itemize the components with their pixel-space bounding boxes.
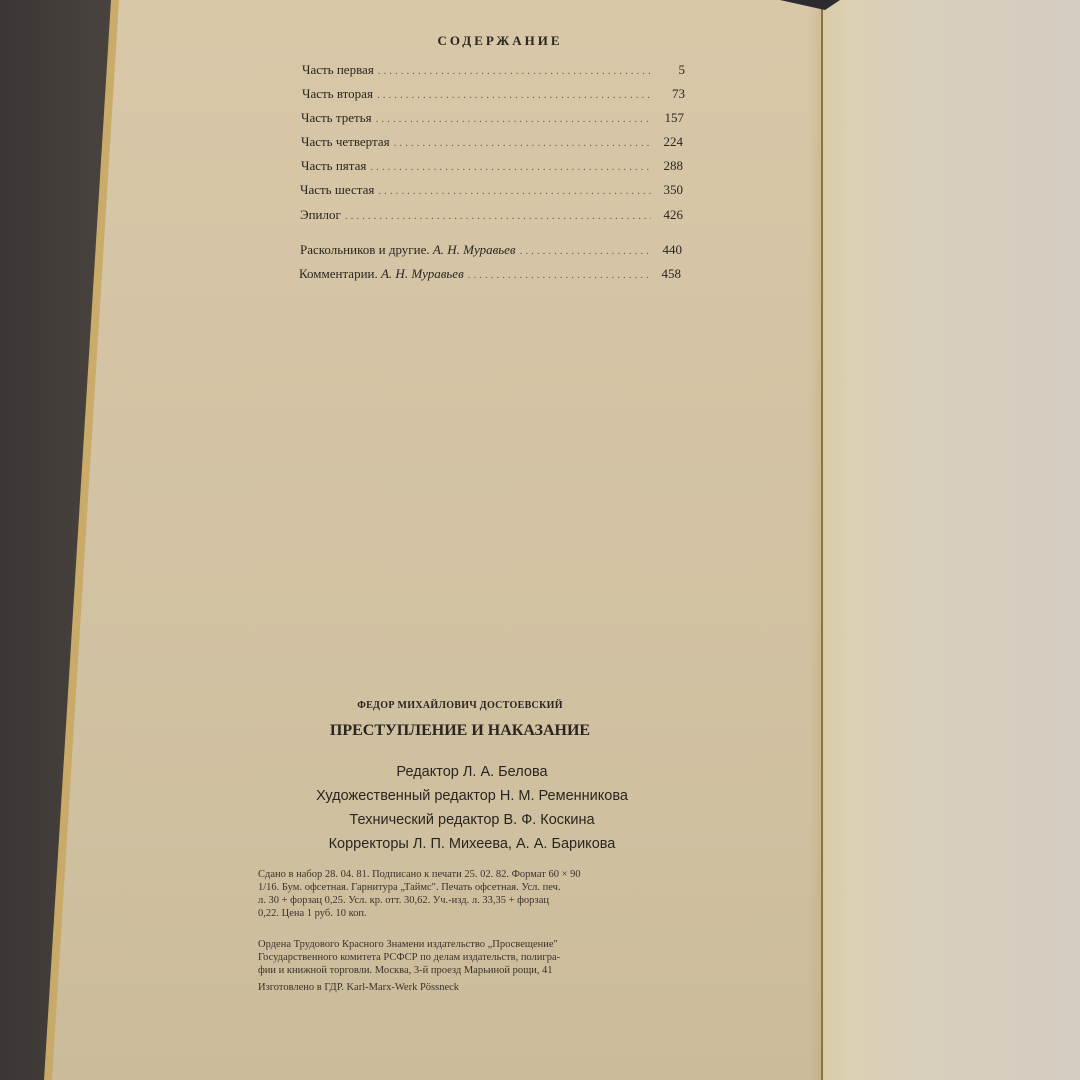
toc-leader-dots	[345, 210, 651, 222]
toc-entry-page: 5	[657, 62, 685, 78]
publisher-line: фии и книжной торговли. Москва, 3-й прое…	[258, 964, 683, 977]
toc-entry: Эпилог 426	[300, 207, 683, 223]
toc-entry-author: А. Н. Муравьев	[381, 266, 464, 281]
toc-entry: Часть пятая 288	[301, 158, 683, 174]
toc-entry: Часть шестая 350	[300, 182, 683, 198]
toc-title: СОДЕРЖАНИЕ	[420, 33, 580, 49]
toc-leader-dots	[376, 113, 652, 125]
print-details-line: 0,22. Цена 1 руб. 10 коп.	[258, 907, 683, 920]
toc-entry-label: Часть третья	[301, 110, 372, 126]
toc-entry-label: Часть первая	[302, 62, 374, 78]
credit-technical-editor: Технический редактор В. Ф. Коскина	[262, 808, 682, 832]
toc-entry-page: 440	[654, 242, 682, 258]
toc-entry-page: 426	[655, 207, 683, 223]
toc-entry: Часть вторая 73	[302, 86, 685, 102]
credit-proofreaders: Корректоры Л. П. Михеева, А. А. Барикова	[262, 832, 682, 856]
print-details-line: 1/16. Бум. офсетная. Гарнитура „Таймс". …	[258, 881, 683, 894]
publisher-info: Ордена Трудового Красного Знамени издате…	[258, 938, 683, 994]
toc-entry: Комментарии. А. Н. Муравьев 458	[299, 266, 681, 282]
publisher-line: Государственного комитета РСФСР по делам…	[258, 951, 683, 964]
manufacture-note: Изготовлено в ГДР. Karl-Marx-Werk Pössne…	[258, 981, 683, 994]
print-details-line: Сдано в набор 28. 04. 81. Подписано к пе…	[258, 868, 683, 881]
author-name: ФЕДОР МИХАЙЛОВИЧ ДОСТОЕВСКИЙ	[300, 700, 620, 711]
book-gutter	[821, 8, 823, 1080]
toc-entry-label: Комментарии. А. Н. Муравьев	[299, 266, 464, 282]
gutter-shadow	[808, 0, 822, 1080]
toc-entry-page: 73	[657, 86, 685, 102]
toc-leader-dots	[370, 161, 651, 173]
editorial-credits: Редактор Л. А. Белова Художественный ред…	[262, 760, 682, 856]
right-page	[822, 0, 1080, 1080]
toc-entry-page: 224	[655, 134, 683, 150]
toc-entry-author: А. Н. Муравьев	[433, 242, 516, 257]
book-title: ПРЕСТУПЛЕНИЕ И НАКАЗАНИЕ	[300, 722, 620, 740]
toc-entry-page: 157	[656, 110, 684, 126]
toc-entry-label: Часть вторая	[302, 86, 373, 102]
toc-entry-page: 288	[655, 158, 683, 174]
toc-leader-dots	[378, 65, 653, 77]
toc-entry-label: Эпилог	[300, 207, 341, 223]
credit-editor: Редактор Л. А. Белова	[262, 760, 682, 784]
credit-art-editor: Художественный редактор Н. М. Ременников…	[262, 784, 682, 808]
publisher-line: Ордена Трудового Красного Знамени издате…	[258, 938, 683, 951]
toc-entry-page: 350	[655, 182, 683, 198]
toc-entry-label: Часть пятая	[301, 158, 366, 174]
toc-leader-dots	[377, 89, 653, 101]
toc-leader-dots	[468, 269, 649, 281]
toc-leader-dots	[394, 137, 651, 149]
print-details: Сдано в набор 28. 04. 81. Подписано к пе…	[258, 868, 683, 920]
toc-entry-page: 458	[653, 266, 681, 282]
toc-leader-dots	[378, 185, 651, 197]
toc-entry-title: Комментарии.	[299, 266, 378, 281]
print-details-line: л. 30 + форзац 0,25. Усл. кр. отт. 30,62…	[258, 894, 683, 907]
toc-entry-title: Раскольников и другие.	[300, 242, 430, 257]
toc-entry: Часть первая 5	[302, 62, 685, 78]
toc-entry: Часть четвертая 224	[301, 134, 683, 150]
toc-leader-dots	[520, 245, 650, 257]
toc-entry-label: Часть шестая	[300, 182, 374, 198]
toc-entry: Часть третья 157	[301, 110, 684, 126]
toc-entry: Раскольников и другие. А. Н. Муравьев 44…	[300, 242, 682, 258]
toc-entry-label: Раскольников и другие. А. Н. Муравьев	[300, 242, 516, 258]
toc-entry-label: Часть четвертая	[301, 134, 390, 150]
